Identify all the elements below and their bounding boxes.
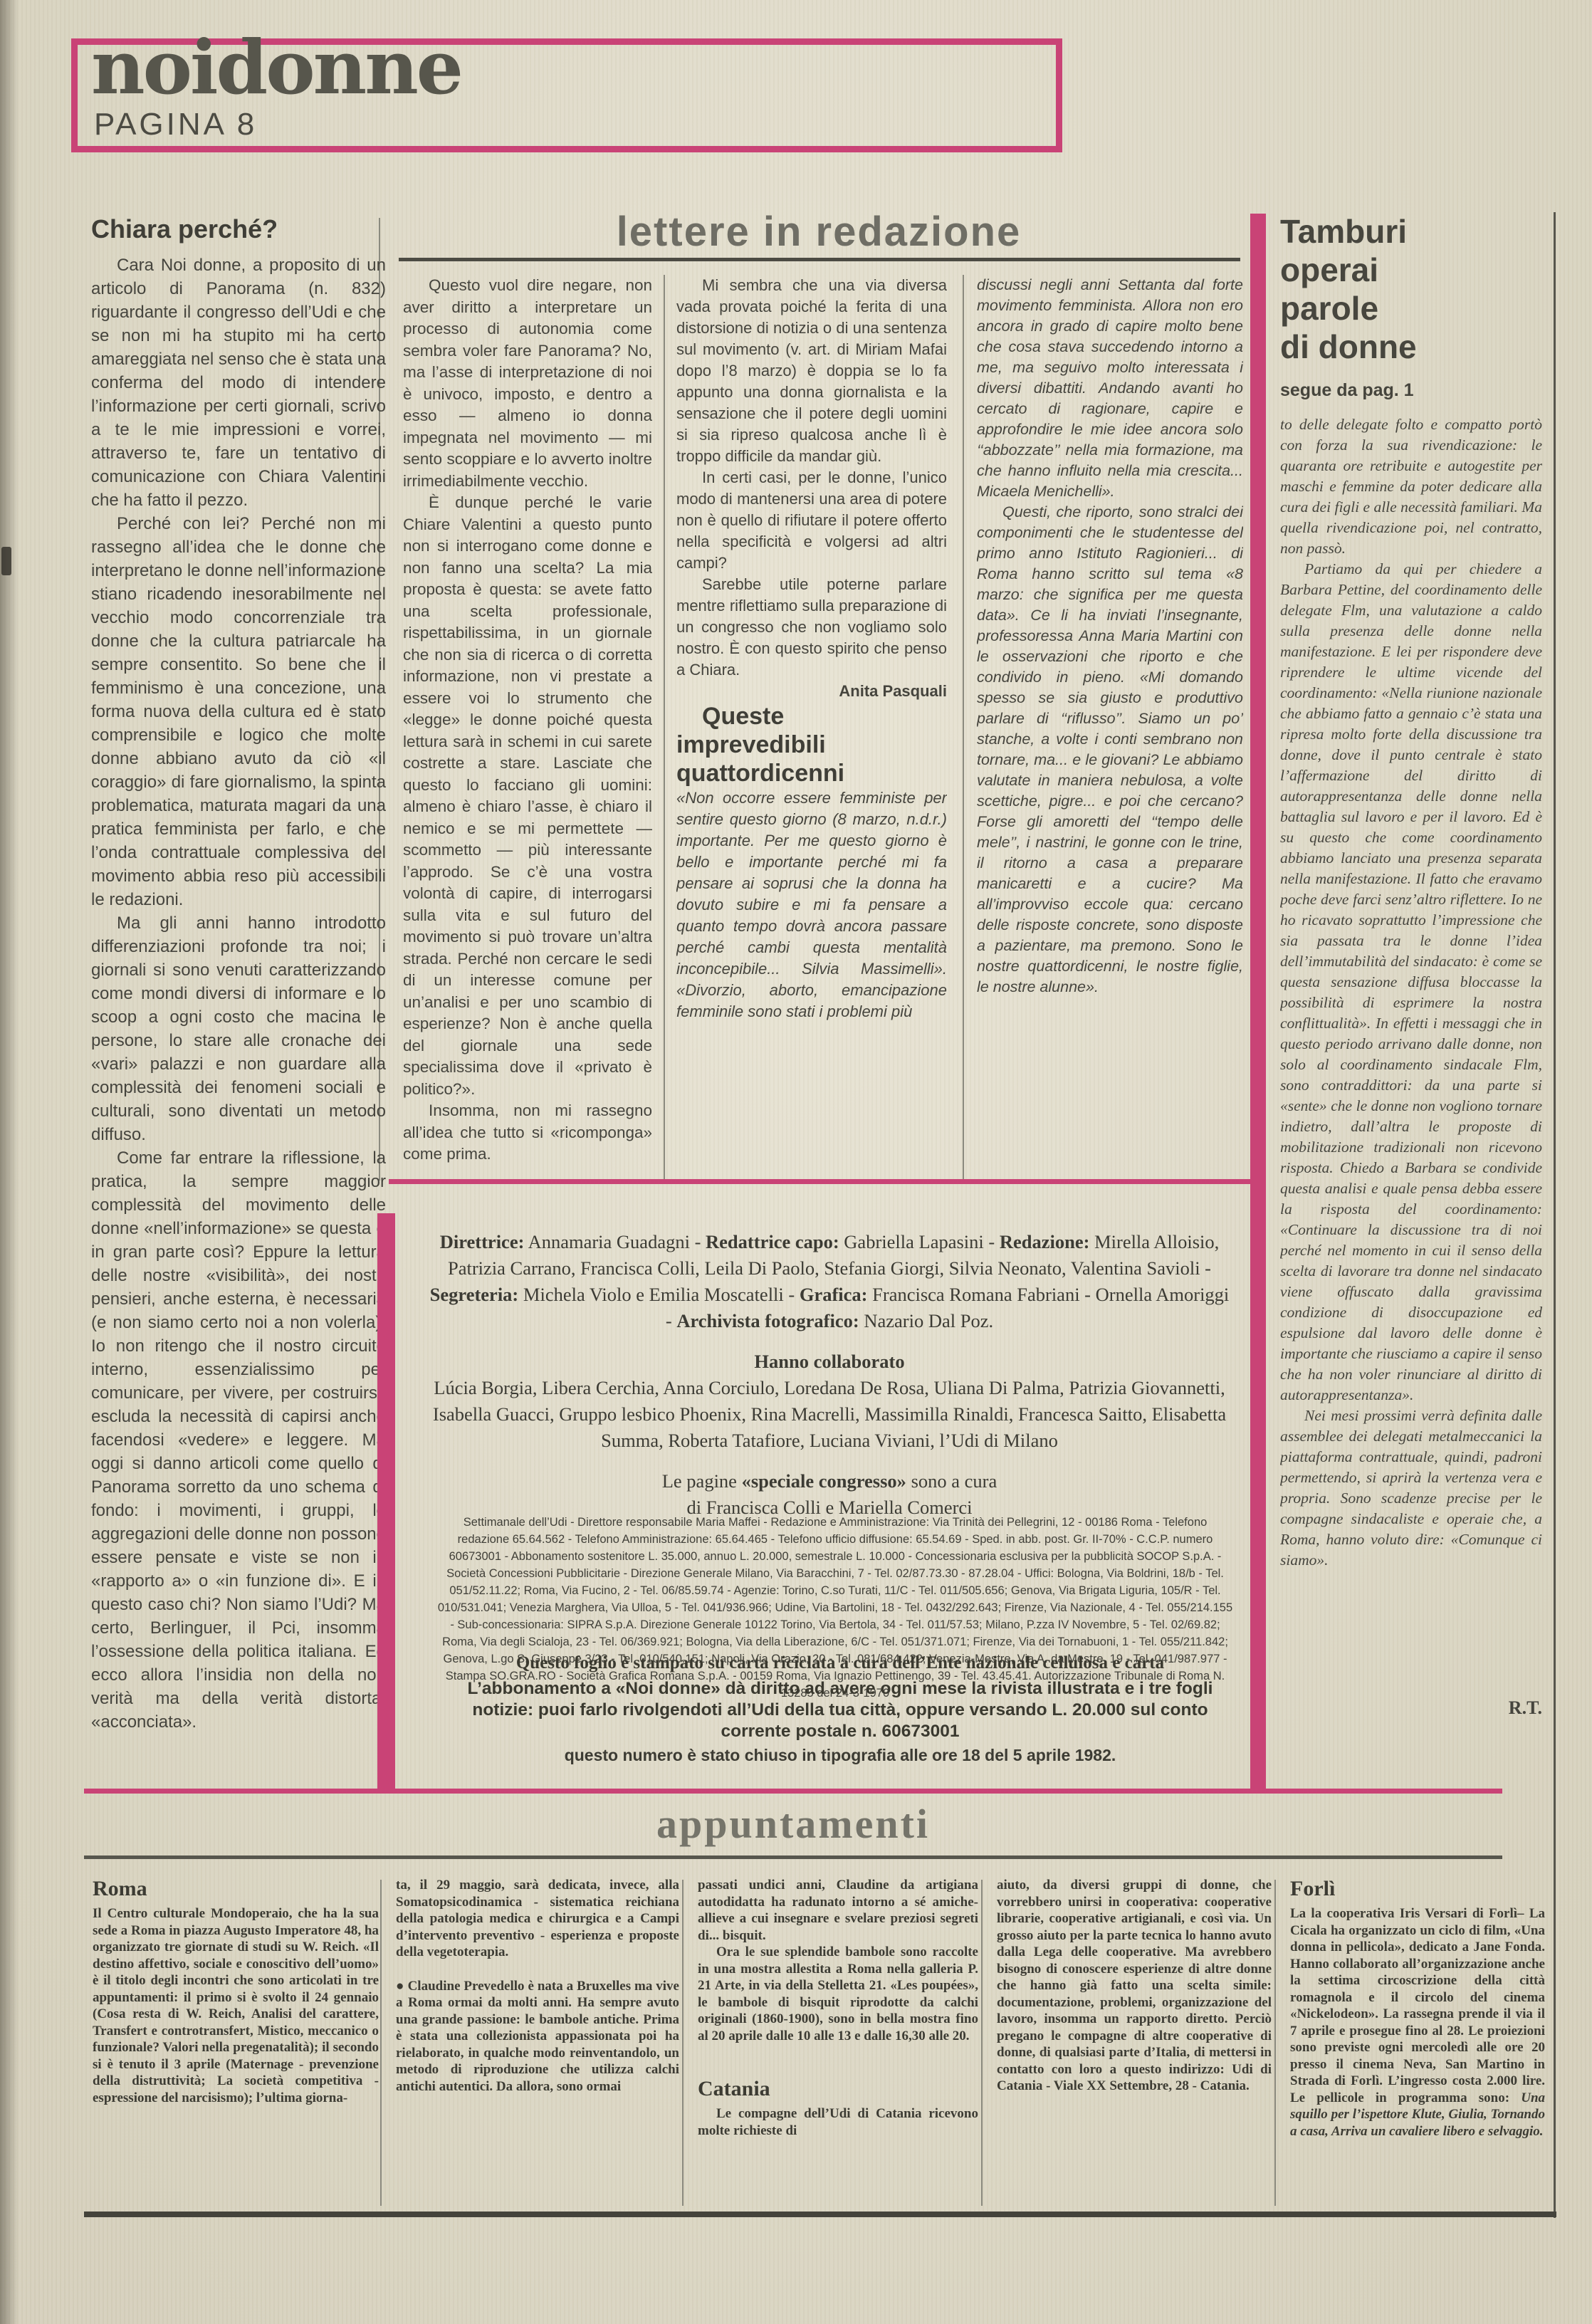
appointments-column: passati undici anni, Claudine da artigia… bbox=[698, 1877, 978, 2212]
letter-paragraph: Cara Noi donne, a proposito di un artico… bbox=[91, 253, 386, 512]
collaborators-heading: Hanno collaborato bbox=[427, 1349, 1232, 1375]
appointments-section-title: appuntamenti bbox=[373, 1800, 1213, 1848]
appointments-top-rule bbox=[84, 1789, 1502, 1794]
event-paragraph: aiuto, da diversi gruppi di donne, che v… bbox=[997, 1877, 1272, 2095]
city-heading: Forlì bbox=[1290, 1877, 1545, 1901]
appointments-column: aiuto, da diversi gruppi di donne, che v… bbox=[997, 1877, 1272, 2212]
appointments-title-rule bbox=[84, 1855, 1502, 1859]
article-signature: R.T. bbox=[1280, 1697, 1542, 1719]
article-paragraph: Nei mesi prossimi verrà definita dalle a… bbox=[1280, 1406, 1542, 1571]
credit-label: Archivista fotografico: bbox=[676, 1310, 859, 1331]
pink-sidebar-rule bbox=[1250, 214, 1266, 1789]
event-text: La la cooperativa Iris Versari di Forlì–… bbox=[1290, 1906, 1545, 2105]
letter-chiara-perche-column: Chiara perché? Cara Noi donne, a proposi… bbox=[91, 215, 386, 1734]
event-paragraph: La la cooperativa Iris Versari di Forlì–… bbox=[1290, 1905, 1545, 2140]
appointments-column: ta, il 29 maggio, sarà dedicata, invece,… bbox=[396, 1877, 679, 2212]
appointments-roma-column: Roma Il Centro culturale Mondoperaio, ch… bbox=[93, 1877, 379, 2212]
city-heading: Roma bbox=[93, 1877, 379, 1901]
credit-value: Nazario Dal Poz. bbox=[859, 1310, 993, 1331]
credit-label: Redattrice capo: bbox=[706, 1231, 839, 1252]
column-divider bbox=[682, 1880, 684, 2206]
note-bold: «speciale congresso» bbox=[742, 1470, 906, 1492]
credit-label: Direttrice: bbox=[440, 1231, 525, 1252]
letters-section-title: lettere in redazione bbox=[399, 208, 1239, 256]
staff-credits: Direttrice: Annamaria Guadagni - Redattr… bbox=[427, 1229, 1232, 1521]
event-paragraph: Ora le sue splendide bambole sono raccol… bbox=[698, 1944, 978, 2044]
note-text: Le pagine bbox=[662, 1470, 742, 1492]
article-paragraph: Partiamo da qui per chiedere a Barbara P… bbox=[1280, 559, 1542, 1406]
letter-paragraph: Come far entrare la riflessione, la prat… bbox=[91, 1146, 386, 1734]
column-divider bbox=[963, 275, 964, 1181]
continued-from-note: segue da pag. 1 bbox=[1280, 380, 1544, 401]
newspaper-page: noidonne PAGINA 8 lettere in redazione C… bbox=[0, 0, 1592, 2324]
ink-smudge bbox=[1, 547, 11, 575]
letter-signature: Anita Pasquali bbox=[676, 681, 947, 702]
subscription-notice: Questo foglio è stampato su carta ricicl… bbox=[441, 1652, 1239, 1742]
letter-paragraph: Ma gli anni hanno introdotto differenzia… bbox=[91, 911, 386, 1146]
letter-paragraph: È dunque perché le varie Chiare Valentin… bbox=[403, 492, 652, 1100]
page-number: PAGINA 8 bbox=[94, 107, 257, 142]
collaborators-heading-text: Hanno collaborato bbox=[754, 1351, 904, 1372]
letter-paragraph: Insomma, non mi rassegno all’idea che tu… bbox=[403, 1100, 652, 1166]
credit-value: Annamaria Guadagni - bbox=[524, 1231, 706, 1252]
students-quote: discussi negli anni Settanta dal forte m… bbox=[977, 275, 1243, 502]
credits-line: Direttrice: Annamaria Guadagni - Redattr… bbox=[427, 1229, 1232, 1334]
letter-continuation-column: Questo vuol dire negare, non aver diritt… bbox=[403, 275, 652, 1179]
letter-paragraph: Sarebbe utile poterne parlare mentre rif… bbox=[676, 574, 947, 681]
speciale-congresso-note: Le pagine «speciale congresso» sono a cu… bbox=[427, 1468, 1232, 1521]
credit-value: Gabriella Lapasini - bbox=[839, 1231, 1000, 1252]
recycled-paper-notice: Questo foglio è stampato su carta ricicl… bbox=[441, 1652, 1239, 1674]
column-divider bbox=[380, 1880, 382, 2206]
letter-paragraph: In certi casi, per le donne, l’unico mod… bbox=[676, 467, 947, 574]
scan-edge-shadow bbox=[0, 0, 19, 2324]
article-title: Tamburi operai parole di donne bbox=[1280, 212, 1544, 366]
students-quote: Questi, che riporto, sono stralci dei co… bbox=[977, 502, 1243, 998]
closing-date-note: questo numero è stato chiuso in tipograf… bbox=[441, 1746, 1239, 1765]
masthead-top-rule bbox=[389, 1179, 1257, 1184]
page-bottom-rule bbox=[84, 2212, 1556, 2217]
article-paragraph: to delle delegate folto e compatto portò… bbox=[1280, 414, 1542, 559]
credit-label: Grafica: bbox=[800, 1284, 868, 1305]
event-paragraph: Il Centro culturale Mondoperaio, che ha … bbox=[93, 1905, 379, 2106]
letters-title-rule bbox=[399, 258, 1240, 261]
collaborators-list: Lúcia Borgia, Libera Cerchia, Anna Corci… bbox=[427, 1375, 1232, 1454]
letter-paragraph: Perché con lei? Perché non mi rassegno a… bbox=[91, 512, 386, 911]
column-divider bbox=[664, 275, 665, 1181]
event-paragraph: Le compagne dell’Udi di Catania ricevono… bbox=[698, 2105, 978, 2139]
credit-label: Segreteria: bbox=[430, 1284, 519, 1305]
event-paragraph: ta, il 29 maggio, sarà dedicata, invece,… bbox=[396, 1877, 679, 1961]
credit-value: Michela Violo e Emilia Moscatelli - bbox=[518, 1284, 800, 1305]
article-body: to delle delegate folto e compatto portò… bbox=[1280, 414, 1542, 1690]
event-paragraph: ● Claudine Prevedello è nata a Bruxelles… bbox=[396, 1978, 679, 2095]
letter-heading: Chiara perché? bbox=[91, 215, 386, 244]
students-quotes-column: discussi negli anni Settanta dal forte m… bbox=[977, 275, 1243, 1179]
column-divider bbox=[1274, 1880, 1276, 2206]
pink-sidebar-rule bbox=[377, 1213, 395, 1789]
letter-anita-pasquali-column: Mi sembra che una via diversa vada prova… bbox=[676, 275, 947, 1179]
right-border-rule bbox=[1554, 212, 1556, 2218]
event-paragraph: passati undici anni, Claudine da artigia… bbox=[698, 1877, 978, 1944]
students-quote: «Non occorre essere femministe per senti… bbox=[676, 787, 947, 1022]
appointments-forli-column: Forlì La la cooperativa Iris Versari di … bbox=[1290, 1877, 1545, 2212]
letter-paragraph: Mi sembra che una via diversa vada prova… bbox=[676, 275, 947, 467]
subscription-info: L’abbonamento a «Noi donne» dà diritto a… bbox=[441, 1678, 1239, 1742]
credit-label: Redazione: bbox=[1000, 1231, 1090, 1252]
letter-paragraph: Questo vuol dire negare, non aver diritt… bbox=[403, 275, 652, 492]
city-heading: Catania bbox=[698, 2077, 978, 2101]
column-divider bbox=[981, 1880, 983, 2206]
publication-logo: noidonne bbox=[91, 28, 461, 106]
students-letter-heading: Queste imprevedibili quattordicenni bbox=[676, 702, 947, 787]
